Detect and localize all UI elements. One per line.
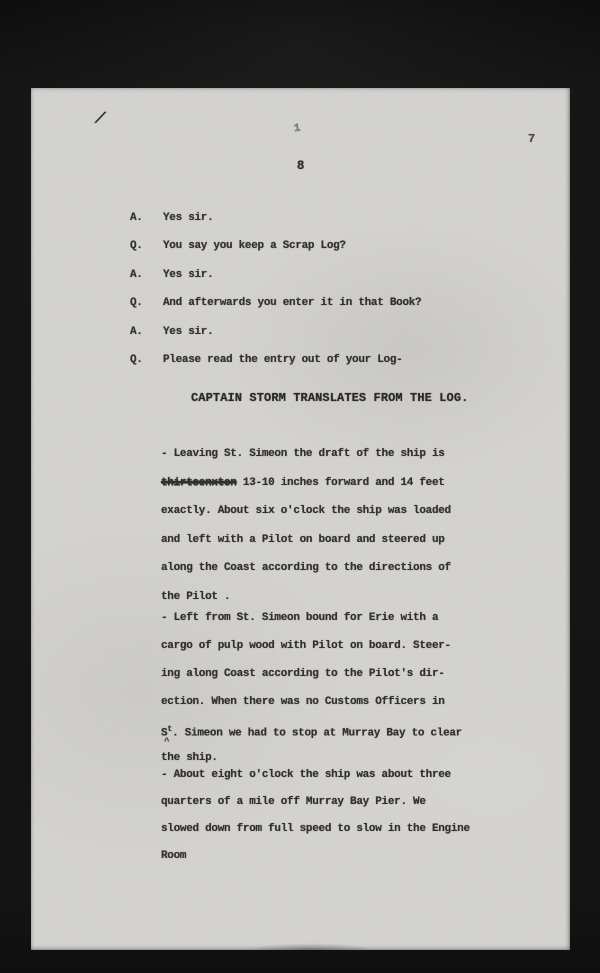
log-paragraph: - About eight o'clock the ship was about… bbox=[161, 762, 470, 870]
qa-text: Please read the entry out of your Log- bbox=[163, 354, 402, 366]
page-number: 8 bbox=[31, 159, 570, 173]
text-segment: 13-10 inches forward and 14 feet bbox=[237, 477, 445, 489]
qa-speaker-letter: A. bbox=[130, 204, 163, 232]
text-segment: . Simeon we had to stop at Murray Bay to… bbox=[172, 728, 462, 740]
qa-line: Q.You say you keep a Scrap Log? bbox=[130, 232, 421, 260]
qa-speaker-letter: Q. bbox=[130, 346, 163, 374]
qa-line: Q.And afterwards you enter it in that Bo… bbox=[130, 289, 421, 317]
typewritten-line: quarters of a mile off Murray Bay Pier. … bbox=[161, 789, 470, 816]
qa-text: You say you keep a Scrap Log? bbox=[163, 240, 346, 252]
typewritten-line: ection. When there was no Customs Office… bbox=[161, 688, 462, 716]
typewritten-line: cargo of pulp wood with Pilot on board. … bbox=[161, 632, 462, 660]
qa-line: A.Yes sir. bbox=[130, 261, 421, 289]
handwritten-slash-mark: / bbox=[92, 110, 107, 129]
faint-pencil-mark: 1 bbox=[293, 123, 301, 136]
qa-line: Q.Please read the entry out of your Log- bbox=[130, 346, 421, 374]
section-heading: CAPTAIN STORM TRANSLATES FROM THE LOG. bbox=[191, 391, 468, 405]
typewritten-line: - About eight o'clock the ship was about… bbox=[161, 762, 470, 789]
log-paragraph: - Leaving St. Simeon the draft of the sh… bbox=[161, 440, 451, 611]
handwritten-seven-mark: 7 bbox=[528, 132, 535, 146]
typewritten-line: thirteenxten 13-10 inches forward and 14… bbox=[161, 469, 451, 498]
qa-speaker-letter: A. bbox=[130, 318, 163, 346]
qa-text: Yes sir. bbox=[163, 212, 213, 224]
typewritten-line: St^. Simeon we had to stop at Murray Bay… bbox=[161, 716, 462, 744]
typewritten-line: - Left from St. Simeon bound for Erie wi… bbox=[161, 604, 462, 632]
struck-segment: thirteenxten bbox=[161, 477, 237, 489]
qa-line: A.Yes sir. bbox=[130, 204, 421, 232]
typewritten-line: slowed down from full speed to slow in t… bbox=[161, 816, 470, 843]
qa-speaker-letter: A. bbox=[130, 261, 163, 289]
typewritten-line: exactly. About six o'clock the ship was … bbox=[161, 497, 451, 526]
qa-text: Yes sir. bbox=[163, 269, 213, 281]
scanned-page: / 1 7 8 A.Yes sir.Q.You say you keep a S… bbox=[31, 88, 570, 950]
typewritten-line: - Leaving St. Simeon the draft of the sh… bbox=[161, 440, 451, 469]
typewritten-line: and left with a Pilot on board and steer… bbox=[161, 526, 451, 555]
qa-text: And afterwards you enter it in that Book… bbox=[163, 297, 421, 309]
typewritten-line: Room bbox=[161, 843, 470, 870]
scan-background: / 1 7 8 A.Yes sir.Q.You say you keep a S… bbox=[0, 0, 600, 973]
qa-text: Yes sir. bbox=[163, 326, 213, 338]
typewritten-line: along the Coast according to the directi… bbox=[161, 554, 451, 583]
log-paragraph: - Left from St. Simeon bound for Erie wi… bbox=[161, 604, 462, 772]
qa-line: A.Yes sir. bbox=[130, 318, 421, 346]
typewritten-line: ing along Coast according to the Pilot's… bbox=[161, 660, 462, 688]
qa-block: A.Yes sir.Q.You say you keep a Scrap Log… bbox=[130, 204, 421, 374]
qa-speaker-letter: Q. bbox=[130, 289, 163, 317]
qa-speaker-letter: Q. bbox=[130, 232, 163, 260]
